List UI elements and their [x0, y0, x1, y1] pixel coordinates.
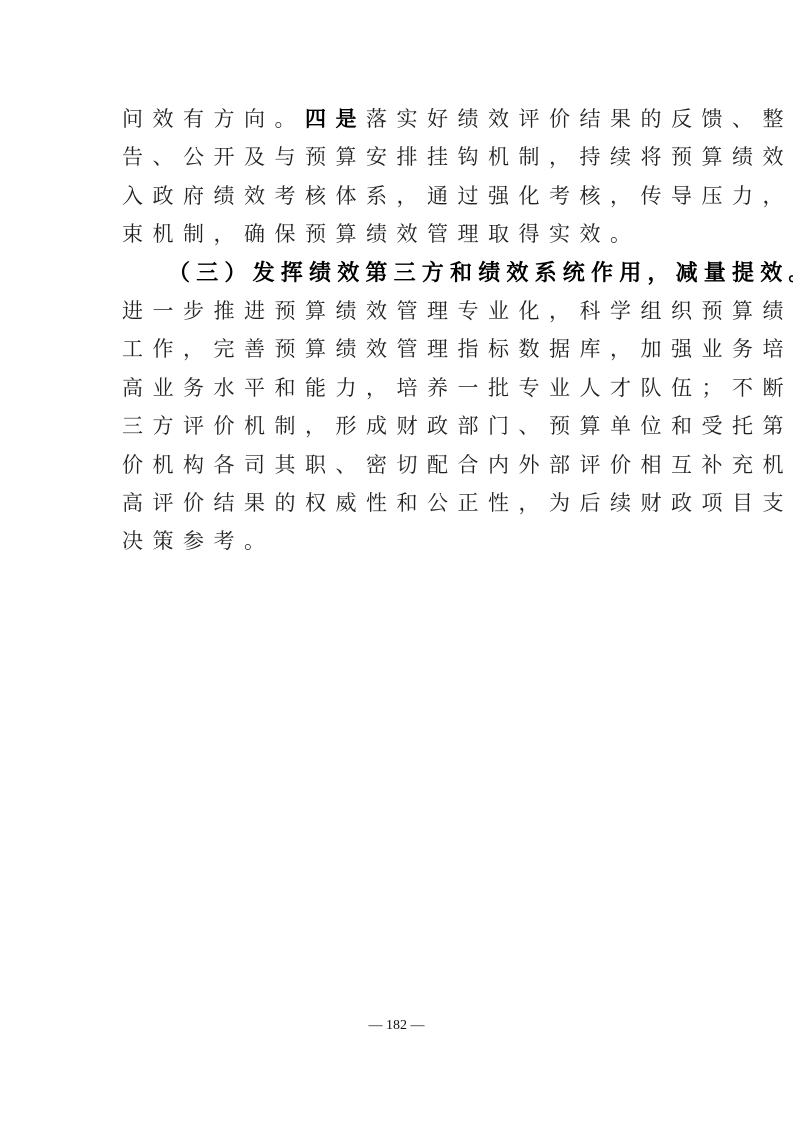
text-run: 落实好绩效评价结果的反馈、整改、报 [366, 107, 793, 131]
paragraph-line: 告、公开及与预算安排挂钩机制，持续将预算绩效结果纳 [122, 138, 682, 176]
document-page: 问效有方向。四是落实好绩效评价结果的反馈、整改、报 告、公开及与预算安排挂钩机制… [0, 0, 793, 1122]
section-heading: （三）发挥绩效第三方和绩效系统作用，减量提效。 [122, 254, 682, 292]
paragraph-line: 入政府绩效考核体系，通过强化考核，传导压力，落实约 [122, 177, 682, 215]
body-text: 问效有方向。四是落实好绩效评价结果的反馈、整改、报 告、公开及与预算安排挂钩机制… [122, 100, 682, 561]
paragraph-line: 决策参考。 [122, 522, 682, 560]
bold-label: 四是 [305, 106, 366, 131]
paragraph-line: 工作，完善预算绩效管理指标数据库，加强业务培训，提 [122, 330, 682, 368]
paragraph-line: 高业务水平和能力，培养一批专业人才队伍；不断完善第 [122, 369, 682, 407]
paragraph-line: 进一步推进预算绩效管理专业化，科学组织预算绩效评价 [122, 292, 682, 330]
paragraph-line: 三方评价机制，形成财政部门、预算单位和受托第三方评 [122, 407, 682, 445]
paragraph-line: 问效有方向。四是落实好绩效评价结果的反馈、整改、报 [122, 100, 682, 138]
text-run: 问效有方向。 [122, 107, 305, 131]
page-number: — 182 — [0, 1018, 793, 1034]
paragraph-line: 价机构各司其职、密切配合内外部评价相互补充机制，提 [122, 446, 682, 484]
paragraph-line: 束机制，确保预算绩效管理取得实效。 [122, 215, 682, 253]
paragraph-line: 高评价结果的权威性和公正性，为后续财政项目支出提供 [122, 484, 682, 522]
